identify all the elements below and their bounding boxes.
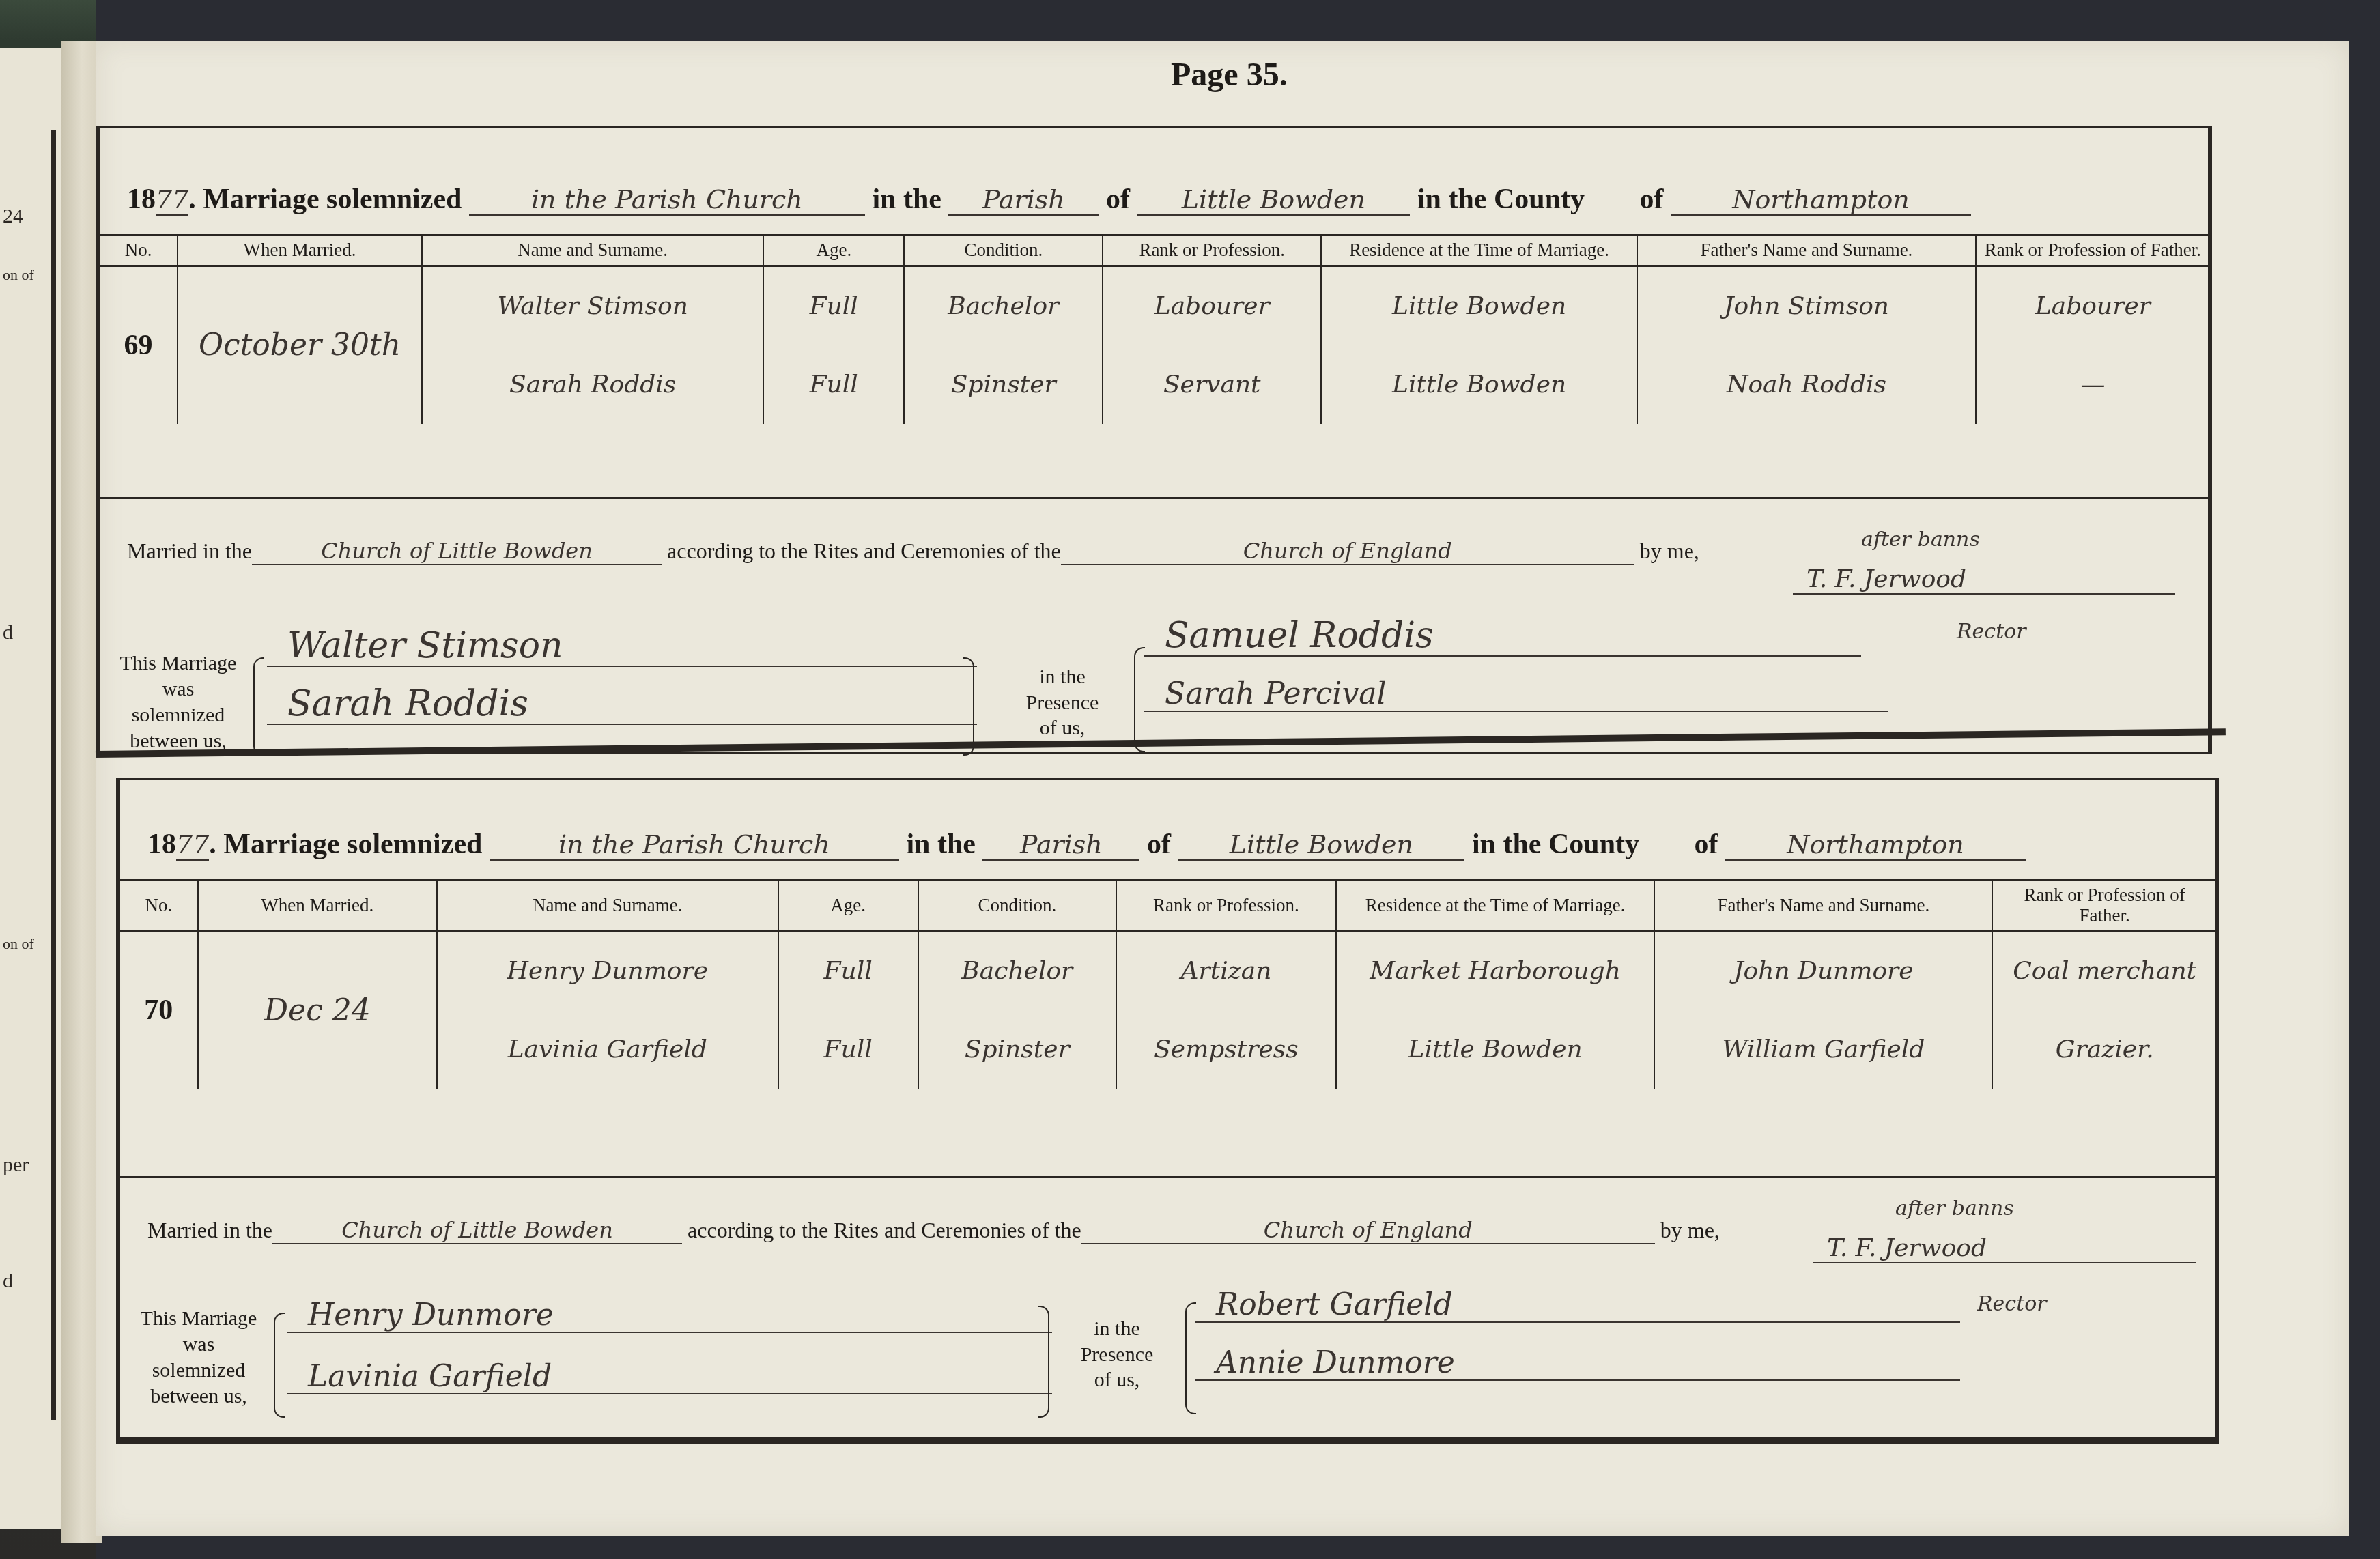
col-header-name: Name and Surname.: [422, 236, 763, 266]
bride-age: Full: [778, 1010, 918, 1089]
previous-page-fragment: 24: [3, 205, 23, 228]
presence-label: in the Presence of us,: [1069, 1316, 1165, 1393]
label-line: solemnized: [127, 1358, 270, 1384]
solemnized-between-label: This Marriage was solemnized between us,: [127, 1306, 270, 1410]
col-header-rank: Rank or Profession.: [1103, 236, 1321, 266]
label-line: Presence: [1015, 690, 1110, 716]
groom-residence: Little Bowden: [1321, 266, 1637, 345]
bride-signature: Lavinia Garfield: [287, 1360, 1052, 1394]
divider: [120, 1176, 2216, 1178]
bride-condition: Spinster: [918, 1010, 1116, 1089]
groom-signature: Walter Stimson: [267, 627, 977, 667]
county-value: Northampton: [1671, 184, 1971, 216]
groom-age: Full: [763, 266, 904, 345]
groom-father-rank: Labourer: [1976, 266, 2209, 345]
col-header-father-rank: Rank or Profession of Father.: [1976, 236, 2209, 266]
groom-age: Full: [778, 931, 918, 1011]
entry-heading: 1877. Marriage solemnized in the Parish …: [127, 183, 1971, 216]
left-brace: [253, 657, 264, 756]
year-suffix: 77: [156, 184, 188, 216]
label-line: This Marriage: [107, 650, 250, 676]
right-brace: [963, 657, 974, 756]
banns-note: after banns: [1895, 1197, 2014, 1220]
bride-father-name: William Garfield: [1654, 1010, 1992, 1089]
when-married: October 30th: [178, 266, 422, 424]
label-line: This Marriage: [127, 1306, 270, 1332]
bride-name: Sarah Roddis: [422, 345, 763, 424]
label-married-in: Married in the: [147, 1218, 272, 1242]
previous-page-fragment: d: [3, 1270, 13, 1293]
solemnized-in-value: in the Parish Church: [490, 829, 899, 861]
divider: [100, 497, 2209, 499]
previous-page-fragment: d: [3, 621, 13, 644]
label-rites: according to the Rites and Ceremonies of…: [667, 539, 1061, 563]
label-marriage-solemnized: . Marriage solemnized: [188, 184, 462, 215]
table-row: 69 October 30th Walter Stimson Full Bach…: [100, 266, 2209, 345]
bride-signature: Sarah Roddis: [267, 685, 977, 725]
groom-name: Henry Dunmore: [437, 931, 778, 1011]
label-in-the: in the: [872, 184, 941, 215]
col-header-name: Name and Surname.: [437, 881, 778, 931]
groom-signature: Henry Dunmore: [287, 1299, 1052, 1333]
when-married: Dec 24: [198, 931, 437, 1089]
groom-residence: Market Harborough: [1336, 931, 1654, 1011]
previous-page-border: [51, 130, 56, 1420]
previous-page-fragment: on of: [3, 266, 34, 284]
parish-type-value: Parish: [948, 184, 1099, 216]
county-value: Northampton: [1725, 829, 2026, 861]
parish-name-value: Little Bowden: [1137, 184, 1410, 216]
label-married-in: Married in the: [127, 539, 252, 563]
label-line: in the: [1069, 1316, 1165, 1342]
presence-label: in the Presence of us,: [1015, 664, 1110, 741]
bride-residence: Little Bowden: [1336, 1010, 1654, 1089]
col-header-rank: Rank or Profession.: [1116, 881, 1336, 931]
label-line: of us,: [1069, 1367, 1165, 1393]
parish-type-value: Parish: [982, 829, 1139, 861]
bride-condition: Spinster: [904, 345, 1103, 424]
label-county: in the County: [1417, 184, 1585, 215]
previous-page-edge: 24 on of d on of per d: [0, 48, 64, 1529]
col-header-father: Father's Name and Surname.: [1654, 881, 1992, 931]
officiant-title: Rector: [1957, 620, 2026, 644]
groom-father-name: John Stimson: [1637, 266, 1976, 345]
label-line: in the: [1015, 664, 1110, 690]
previous-page-fragment: per: [3, 1154, 29, 1177]
officiant-title: Rector: [1977, 1292, 2047, 1316]
married-in-line: Married in theChurch of Little Bowden ac…: [147, 1217, 1720, 1244]
entry-heading: 1877. Marriage solemnized in the Parish …: [147, 828, 2026, 861]
year-prefix: 18: [127, 184, 156, 215]
bride-rank: Servant: [1103, 345, 1321, 424]
solemnized-between-label: This Marriage was solemnized between us,: [107, 650, 250, 754]
col-header-age: Age.: [763, 236, 904, 266]
groom-condition: Bachelor: [918, 931, 1116, 1011]
banns-note: after banns: [1861, 528, 1980, 552]
label-line: between us,: [127, 1384, 270, 1410]
witness-signature: Robert Garfield: [1195, 1289, 1960, 1323]
officiant-signature: T. F. Jerwood: [1813, 1234, 2196, 1263]
col-header-condition: Condition.: [904, 236, 1103, 266]
label-in-the: in the: [906, 829, 976, 860]
col-header-when: When Married.: [178, 236, 422, 266]
bride-father-name: Noah Roddis: [1637, 345, 1976, 424]
label-of: of: [1106, 184, 1130, 215]
col-header-no: No.: [100, 236, 178, 266]
bride-name: Lavinia Garfield: [437, 1010, 778, 1089]
officiant-signature: T. F. Jerwood: [1793, 565, 2175, 595]
col-header-when: When Married.: [198, 881, 437, 931]
married-in-value: Church of Little Bowden: [272, 1217, 682, 1244]
col-header-age: Age.: [778, 881, 918, 931]
groom-condition: Bachelor: [904, 266, 1103, 345]
left-brace: [274, 1313, 285, 1418]
table-row: 70 Dec 24 Henry Dunmore Full Bachelor Ar…: [120, 931, 2216, 1011]
label-line: of us,: [1015, 715, 1110, 741]
bride-residence: Little Bowden: [1321, 345, 1637, 424]
bride-age: Full: [763, 345, 904, 424]
year-suffix: 77: [176, 829, 209, 861]
witness-signature: Sarah Percival: [1144, 678, 1888, 712]
bride-father-rank: —: [1976, 345, 2209, 424]
groom-rank: Labourer: [1103, 266, 1321, 345]
page-number: Page 35.: [1171, 56, 1288, 94]
col-header-father: Father's Name and Surname.: [1637, 236, 1976, 266]
label-line: was: [107, 676, 250, 702]
right-brace: [1038, 1306, 1049, 1418]
rites-value: Church of England: [1061, 538, 1634, 565]
label-by-me: by me,: [1660, 1218, 1720, 1242]
entry-number: 69: [100, 266, 178, 424]
witness-signature: Annie Dunmore: [1195, 1347, 1960, 1381]
label-line: Presence: [1069, 1342, 1165, 1368]
entry-number: 70: [120, 931, 198, 1089]
label-line: solemnized: [107, 702, 250, 728]
label-of: of: [1639, 184, 1663, 215]
groom-father-rank: Coal merchant: [1992, 931, 2216, 1011]
bride-father-rank: Grazier.: [1992, 1010, 2216, 1089]
witness-signature: Samuel Roddis: [1144, 616, 1861, 657]
rites-value: Church of England: [1081, 1217, 1655, 1244]
bride-rank: Sempstress: [1116, 1010, 1336, 1089]
label-by-me: by me,: [1640, 539, 1699, 563]
married-in-value: Church of Little Bowden: [252, 538, 662, 565]
label-line: was: [127, 1332, 270, 1358]
groom-rank: Artizan: [1116, 931, 1336, 1011]
previous-page-fragment: on of: [3, 935, 34, 953]
label-of: of: [1694, 829, 1718, 860]
groom-father-name: John Dunmore: [1654, 931, 1992, 1011]
label-of: of: [1147, 829, 1171, 860]
married-in-line: Married in theChurch of Little Bowden ac…: [127, 538, 1699, 565]
col-header-residence: Residence at the Time of Marriage.: [1336, 881, 1654, 931]
solemnized-in-value: in the Parish Church: [469, 184, 865, 216]
label-rites: according to the Rites and Ceremonies of…: [688, 1218, 1081, 1242]
entry-table: No. When Married. Name and Surname. Age.…: [120, 881, 2216, 1089]
left-brace: [1185, 1302, 1196, 1414]
col-header-residence: Residence at the Time of Marriage.: [1321, 236, 1637, 266]
label-marriage-solemnized: . Marriage solemnized: [209, 829, 482, 860]
col-header-father-rank: Rank or Profession of Father.: [1992, 881, 2216, 931]
left-brace: [1134, 647, 1145, 752]
parish-name-value: Little Bowden: [1178, 829, 1464, 861]
col-header-no: No.: [120, 881, 198, 931]
col-header-condition: Condition.: [918, 881, 1116, 931]
entry-table: No. When Married. Name and Surname. Age.…: [100, 236, 2209, 424]
register-page: Page 35. 1877. Marriage solemnized in th…: [96, 41, 2349, 1536]
label-county: in the County: [1472, 829, 1639, 860]
groom-name: Walter Stimson: [422, 266, 763, 345]
marriage-entry-70: 1877. Marriage solemnized in the Parish …: [116, 778, 2219, 1444]
marriage-entry-69: 1877. Marriage solemnized in the Parish …: [96, 126, 2212, 754]
year-prefix: 18: [147, 829, 176, 860]
